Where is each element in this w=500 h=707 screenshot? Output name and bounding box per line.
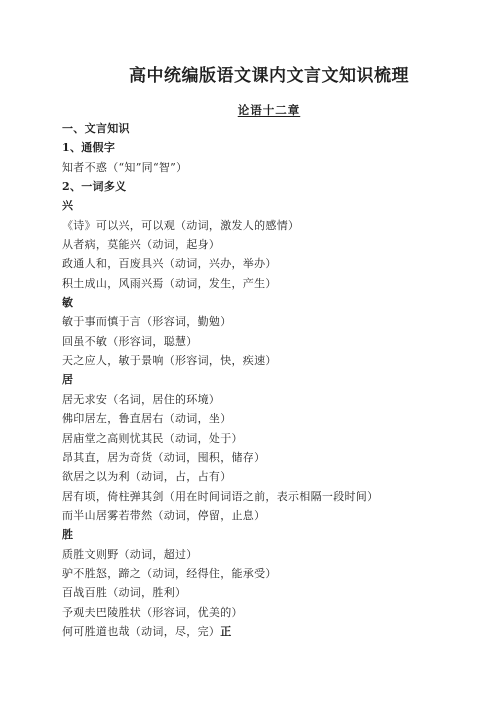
document-page: 高中统编版语文课内文言文知识梳理 论语十二章 一、文言知识 1、通假字 知者不惑… xyxy=(0,0,500,707)
text-line: 回虽不敏（形容词，聪慧） xyxy=(62,334,476,353)
text-line: 居庙堂之高则忧其民（动词，处于） xyxy=(62,431,476,450)
entry-word: 胜 xyxy=(62,527,476,546)
text-line: 何可胜道也哉（动词，尽，完）正 xyxy=(62,624,476,643)
text-line: 质胜文则野（动词，超过） xyxy=(62,547,476,566)
entry-word: 敏 xyxy=(62,295,476,314)
text-line: 政通人和，百废具兴（动词，兴办，举办） xyxy=(62,256,476,275)
text-line: 昂其直，居为奇货（动词，囤积，储存） xyxy=(62,450,476,469)
section-heading: 1、通假字 xyxy=(62,140,476,159)
text-line: 百战百胜（动词，胜利） xyxy=(62,585,476,604)
text-line: 居无求安（名词，居住的环境） xyxy=(62,392,476,411)
document-subtitle: 论语十二章 xyxy=(238,103,301,117)
text-line: 佛印居左，鲁直居右（动词，坐） xyxy=(62,411,476,430)
text-line: 《诗》可以兴，可以观（动词，激发人的感情） xyxy=(62,218,476,237)
text-line: 敏于事而慎于言（形容词，勤勉） xyxy=(62,314,476,333)
document-body: 一、文言知识 1、通假字 知者不惑（“知”同“智”） 2、一词多义 兴 《诗》可… xyxy=(62,121,476,643)
document-title: 高中统编版语文课内文言文知识梳理 xyxy=(62,64,476,88)
text-line: 知者不惑（“知”同“智”） xyxy=(62,160,476,179)
section-heading: 一、文言知识 xyxy=(62,121,476,140)
text-line: 予观夫巴陵胜状（形容词，优美的） xyxy=(62,605,476,624)
entry-word: 居 xyxy=(62,372,476,391)
text-line-bold-suffix: 正 xyxy=(220,625,231,638)
text-line: 驴不胜怒，蹄之（动词，经得住，能承受） xyxy=(62,566,476,585)
text-line: 天之应人，敏于景响（形容词，快，疾速） xyxy=(62,353,476,372)
text-line: 而半山居雾若带然（动词，停留，止息） xyxy=(62,508,476,527)
section-heading: 2、一词多义 xyxy=(62,179,476,198)
text-line: 居有顷，倚柱弹其剑（用在时间词语之前，表示相隔一段时间） xyxy=(62,489,476,508)
entry-word: 兴 xyxy=(62,198,476,217)
text-line: 积土成山，风雨兴焉（动词，发生，产生） xyxy=(62,276,476,295)
text-line-main: 何可胜道也哉（动词，尽，完） xyxy=(62,625,220,638)
document-content: 高中统编版语文课内文言文知识梳理 论语十二章 一、文言知识 1、通假字 知者不惑… xyxy=(62,0,476,643)
text-line: 从者病，莫能兴（动词，起身） xyxy=(62,237,476,256)
document-subtitle-row: 论语十二章 xyxy=(62,102,476,116)
text-line: 欲居之以为利（动词，占，占有） xyxy=(62,469,476,488)
